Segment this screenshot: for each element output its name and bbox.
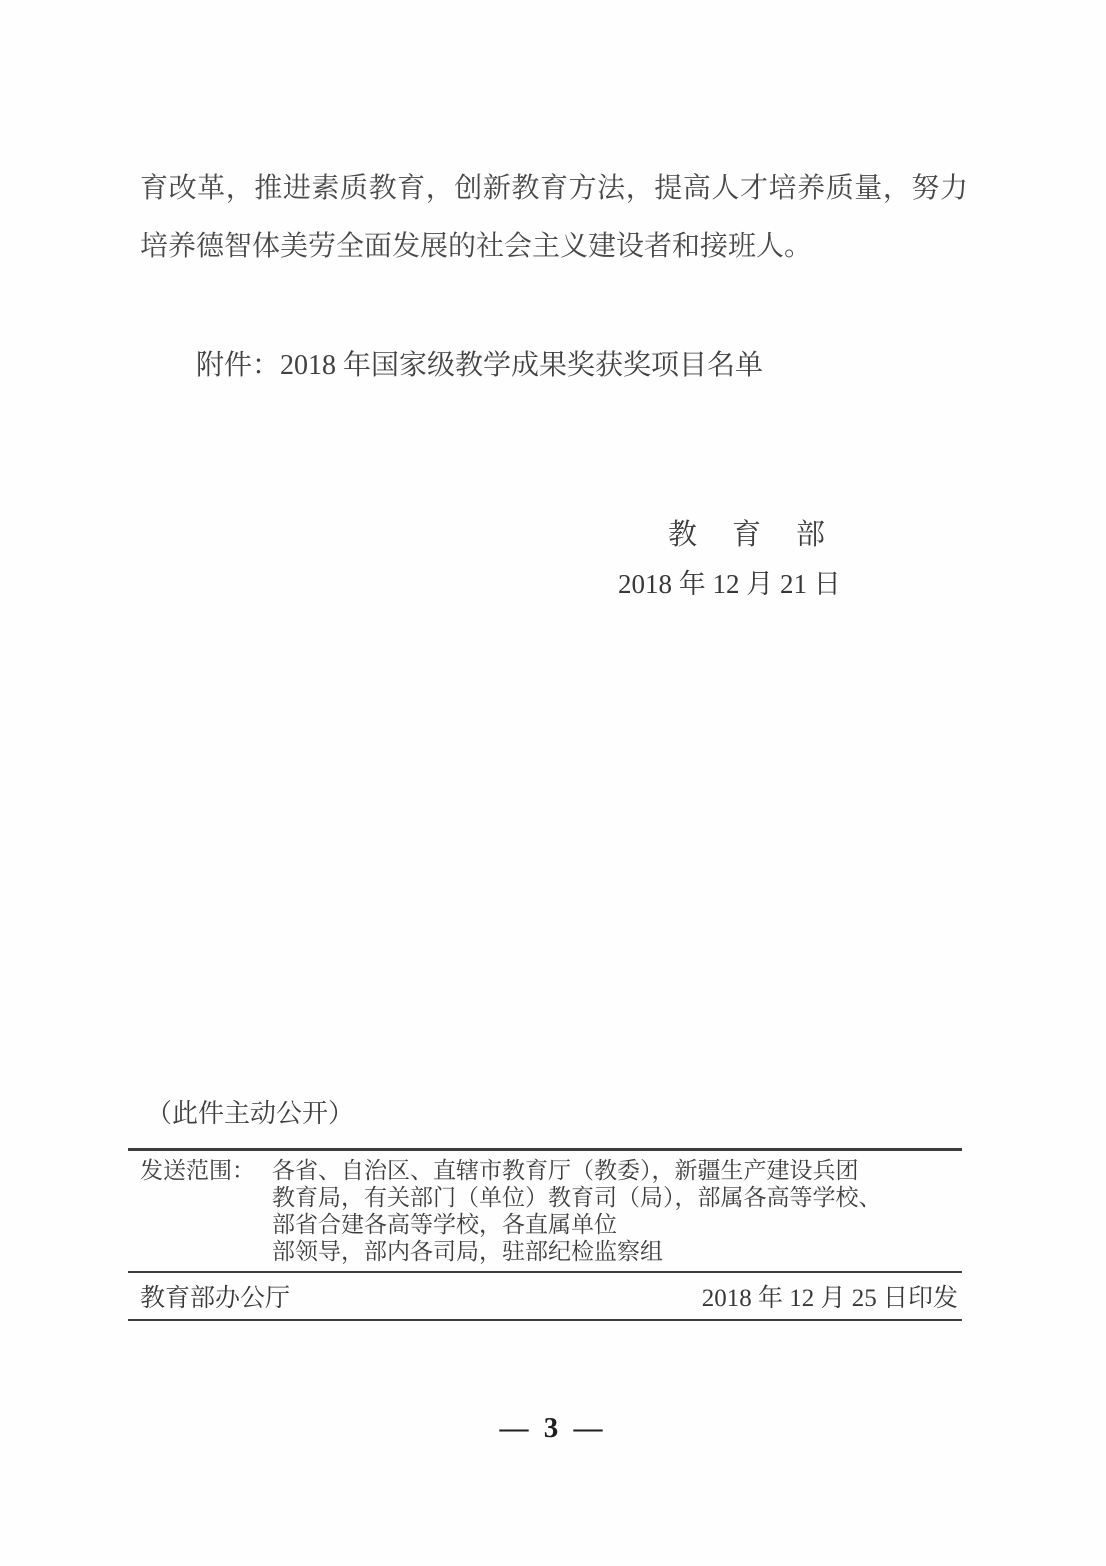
attachment-line: 附件：2018 年国家级教学成果奖获奖项目名单 bbox=[196, 346, 763, 386]
distribution-label: 发送范围： bbox=[140, 1157, 272, 1265]
disclosure-note: （此件主动公开） bbox=[146, 1093, 354, 1130]
distribution-line: 各省、自治区、直辖市教育厅（教委），新疆生产建设兵团 bbox=[272, 1157, 962, 1184]
signature-date: 2018 年 12 月 21 日 bbox=[618, 562, 841, 601]
body-paragraph: 育改革，推进素质教育，创新教育方法，提高人才培养质量，努力培养德智体美劳全面发展… bbox=[140, 160, 968, 276]
issuer-row: 教育部办公厅 2018 年 12 月 25 日印发 bbox=[128, 1273, 962, 1321]
page-number: — 3 — bbox=[0, 1412, 1106, 1445]
distribution-line: 部领导，部内各司局，驻部纪检监察组 bbox=[272, 1238, 962, 1265]
distribution-line: 教育局，有关部门（单位）教育司（局），部属各高等学校、 bbox=[272, 1184, 962, 1211]
distribution-section: 发送范围： 各省、自治区、直辖市教育厅（教委），新疆生产建设兵团 教育局，有关部… bbox=[128, 1148, 962, 1273]
distribution-lines: 各省、自治区、直辖市教育厅（教委），新疆生产建设兵团 教育局，有关部门（单位）教… bbox=[272, 1157, 962, 1265]
document-page: 育改革，推进素质教育，创新教育方法，提高人才培养质量，努力培养德智体美劳全面发展… bbox=[0, 0, 1106, 1566]
issuer-office: 教育部办公厅 bbox=[140, 1278, 290, 1314]
document-footer: 发送范围： 各省、自治区、直辖市教育厅（教委），新疆生产建设兵团 教育局，有关部… bbox=[128, 1148, 962, 1321]
distribution-line: 部省合建各高等学校，各直属单位 bbox=[272, 1211, 962, 1238]
issuing-authority: 教 育 部 bbox=[668, 512, 828, 553]
print-date: 2018 年 12 月 25 日印发 bbox=[702, 1278, 958, 1314]
